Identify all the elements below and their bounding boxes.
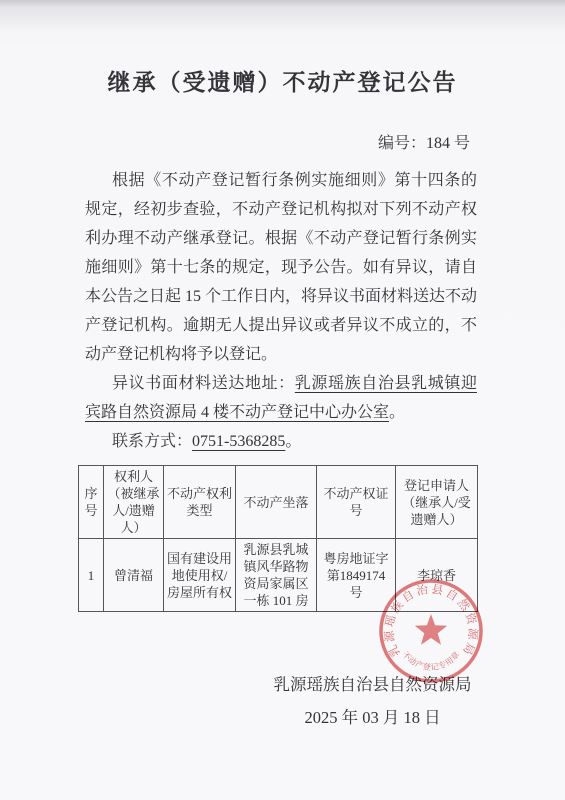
notice-paragraph-contact: 联系方式：0751-5368285。 — [85, 427, 477, 456]
contact-label: 联系方式： — [112, 433, 192, 450]
table-cell-location: 乳源县乳城镇风华路物资局家属区一栋 101 房 — [236, 539, 317, 612]
table-row: 1 曾清福 国有建设用地使用权/房屋所有权 乳源县乳城镇风华路物资局家属区一栋 … — [79, 539, 478, 612]
doc-number: 编号：184 号 — [0, 130, 565, 153]
table-header-cell-rightsholder: 权利人（被继承人/遗赠人） — [104, 466, 164, 539]
table-header-cell-certno: 不动产权证号 — [317, 466, 396, 539]
issuer-name: 乳源瑶族自治县自然资源局 — [180, 668, 565, 701]
table-cell-seq: 1 — [79, 539, 104, 612]
table-cell-righttype: 国有建设用地使用权/房屋所有权 — [164, 539, 236, 612]
contact-phone: 0751-5368285 — [192, 433, 285, 450]
contact-period: 。 — [285, 433, 301, 450]
address-period: 。 — [389, 404, 405, 421]
page-title: 继承（受遗赠）不动产登记公告 — [0, 0, 565, 97]
table-header-cell-location: 不动产坐落 — [236, 466, 317, 539]
notice-paragraph-address: 异议书面材料送达地址：乳源瑶族自治县乳城镇迎宾路自然资源局 4 楼不动产登记中心… — [85, 369, 477, 427]
signature-block: 乳源瑶族自治县自然资源局 2025 年 03 月 18 日 — [0, 668, 565, 734]
table-cell-certno: 粤房地证字第1849174 号 — [317, 539, 396, 612]
table-cell-applicant: 李琼香 — [396, 539, 478, 612]
table-header-cell-righttype: 不动产权利类型 — [164, 466, 236, 539]
star-icon — [415, 614, 447, 645]
table-cell-rightsholder: 曾清福 — [104, 539, 164, 612]
table-header-cell-seq: 序号 — [79, 466, 104, 539]
issue-date: 2025 年 03 月 18 日 — [180, 701, 565, 734]
document-page: 继承（受遗赠）不动产登记公告 编号：184 号 根据《不动产登记暂行条例实施细则… — [0, 0, 565, 800]
notice-body: 根据《不动产登记暂行条例实施细则》第十四条的规定，经初步查验，不动产登记机构拟对… — [0, 166, 565, 456]
notice-paragraph-main: 根据《不动产登记暂行条例实施细则》第十四条的规定，经初步查验，不动产登记机构拟对… — [85, 166, 477, 369]
registration-table: 序号 权利人（被继承人/遗赠人） 不动产权利类型 不动产坐落 不动产权证号 登记… — [78, 465, 478, 612]
table-header-row: 序号 权利人（被继承人/遗赠人） 不动产权利类型 不动产坐落 不动产权证号 登记… — [79, 466, 478, 539]
address-label: 异议书面材料送达地址： — [112, 375, 295, 392]
table-header-cell-applicant: 登记申请人（继承人/受遗赠人） — [396, 466, 478, 539]
